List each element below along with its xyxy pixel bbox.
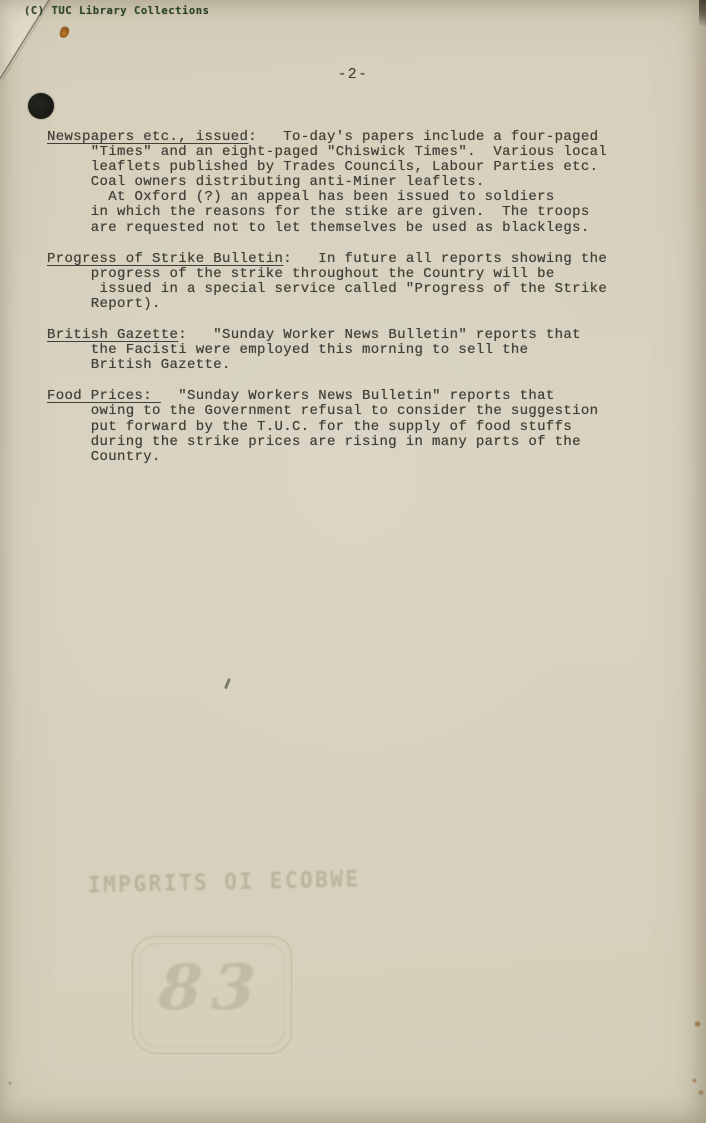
paragraph-first-line-rest: "Sunday Workers News Bulletin" reports t… bbox=[161, 388, 555, 404]
paragraph-line: owing to the Government refusal to consi… bbox=[47, 404, 647, 419]
paragraph-heading: Progress of Strike Bulletin bbox=[47, 251, 283, 267]
foxing-spot bbox=[698, 1090, 704, 1095]
paragraph-heading: Food Prices: bbox=[47, 388, 161, 404]
paragraph-line: put forward by the T.U.C. for the supply… bbox=[47, 420, 647, 435]
paragraph-first-line-rest: : "Sunday Worker News Bulletin" reports … bbox=[178, 327, 581, 343]
copyright-notice: (C) TUC Library Collections bbox=[24, 5, 210, 17]
paragraph-line: "Times" and an eight-paged "Chiswick Tim… bbox=[47, 145, 647, 160]
foxing-spot bbox=[8, 1081, 12, 1085]
foxing-spot bbox=[694, 1021, 701, 1027]
embossed-stamp-digits: 83 bbox=[130, 951, 293, 1024]
paragraph-first-line: British Gazette: "Sunday Worker News Bul… bbox=[47, 328, 647, 343]
document-page: (C) TUC Library Collections -2- Newspape… bbox=[0, 0, 706, 1123]
paragraph-line: British Gazette. bbox=[47, 358, 647, 373]
paragraph-first-line-rest: : In future all reports showing the bbox=[283, 251, 607, 267]
paragraph-first-line-rest: : To-day's papers include a four-paged bbox=[248, 129, 598, 145]
paragraph-line: during the strike prices are rising in m… bbox=[47, 435, 647, 450]
paragraph-line: progress of the strike throughout the Co… bbox=[47, 267, 647, 282]
page-number: -2- bbox=[0, 67, 706, 83]
pen-mark bbox=[224, 678, 230, 689]
paragraph-line: Report). bbox=[47, 297, 647, 312]
paragraph-line: issued in a special service called "Prog… bbox=[47, 282, 647, 297]
embossed-stamp: 83 bbox=[132, 936, 292, 1054]
paragraph-heading: Newspapers etc., issued bbox=[47, 129, 248, 145]
paragraph-line: the Facisti were employed this morning t… bbox=[47, 343, 647, 358]
paper-edge-shadow bbox=[699, 0, 706, 26]
paragraph-line: in which the reasons for the stike are g… bbox=[47, 205, 647, 220]
paragraph: Progress of Strike Bulletin: In future a… bbox=[47, 252, 647, 312]
punch-hole bbox=[28, 93, 54, 119]
paragraph: Newspapers etc., issued: To-day's papers… bbox=[47, 130, 647, 236]
paragraph-line: Country. bbox=[47, 450, 647, 465]
paragraph: Food Prices: "Sunday Workers News Bullet… bbox=[47, 389, 647, 464]
paragraph-line: are requested not to let themselves be u… bbox=[47, 221, 647, 236]
paragraph-heading: British Gazette bbox=[47, 327, 178, 343]
paragraph-first-line: Progress of Strike Bulletin: In future a… bbox=[47, 252, 647, 267]
paragraph-first-line: Newspapers etc., issued: To-day's papers… bbox=[47, 130, 647, 145]
showthrough-watermark: IMPGRITS OI ECOBWE bbox=[88, 866, 361, 897]
foxing-spot bbox=[692, 1078, 697, 1083]
typewritten-text: Newspapers etc., issued: To-day's papers… bbox=[47, 130, 647, 481]
paragraph: British Gazette: "Sunday Worker News Bul… bbox=[47, 328, 647, 373]
